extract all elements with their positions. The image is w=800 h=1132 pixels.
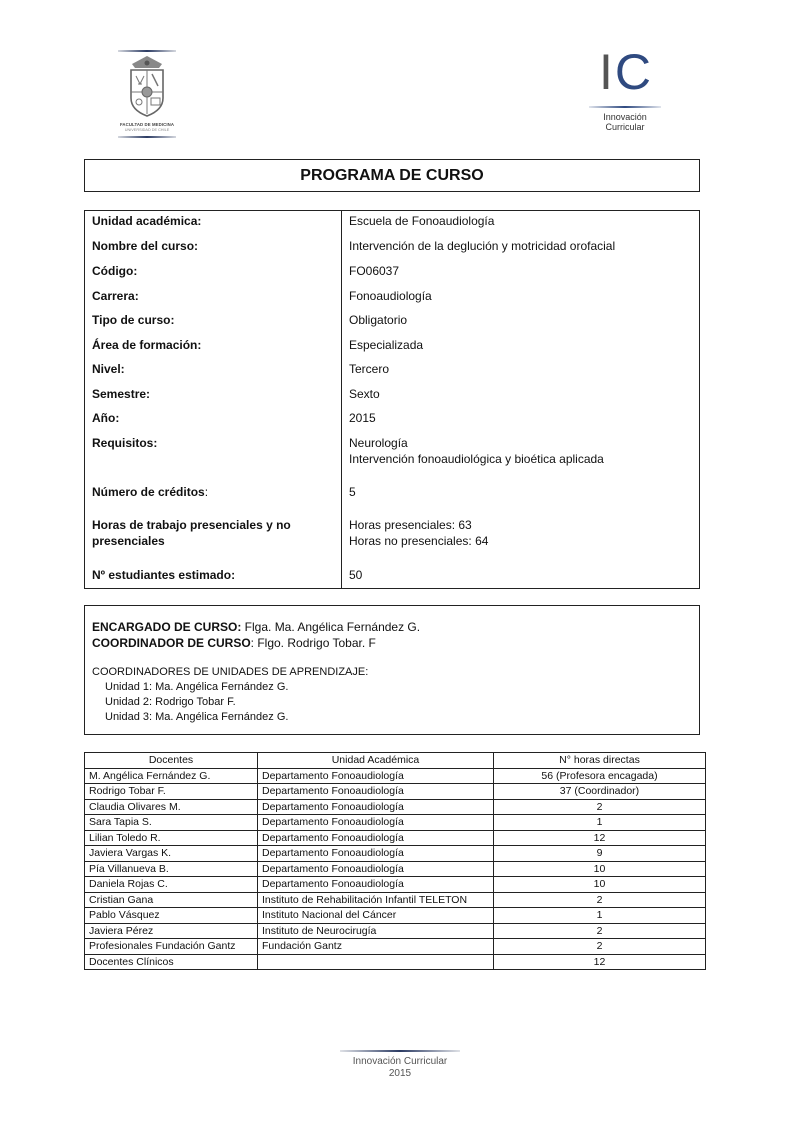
course-info-label-suffix: : [205,485,208,499]
unit-coordinator-item: Unidad 3: Ma. Angélica Fernández G. [105,710,288,725]
course-info-label: Horas de trabajo presenciales y no [92,517,332,533]
docente-name-cell: Cristian Gana [85,892,258,908]
course-info-label: Nombre del curso: [92,238,332,254]
logo-rule [589,106,661,108]
logo-top-rule [118,50,176,52]
faculty-logo: FACULTAD DE MEDICINA UNIVERSIDAD DE CHIL… [112,48,182,140]
course-info-value: Tercero [349,361,689,377]
course-coordinator-label: COORDINADOR DE CURSO [92,636,251,650]
faculty-table: Docentes Unidad Académica N° horas direc… [84,752,706,970]
unit-coordinator-item: Unidad 2: Rodrigo Tobar F. [105,695,236,710]
course-info-label: Año: [92,410,332,426]
course-info-value: Sexto [349,386,689,402]
logo-text: Innovación Curricular [585,112,665,132]
course-lead-line: ENCARGADO DE CURSO: Flga. Ma. Angélica F… [92,619,420,635]
table-row: Pablo VásquezInstituto Nacional del Cánc… [85,908,706,924]
unit-coordinator-item: Unidad 1: Ma. Angélica Fernández G. [105,680,288,695]
course-info-value: Intervención de la deglución y motricida… [349,238,689,254]
footer-year: 2015 [340,1068,460,1080]
course-info-label: Área de formación: [92,337,332,353]
innovacion-curricular-logo: IC Innovación Curricular [585,50,665,135]
horas-directas-cell: 10 [494,861,706,877]
table-row: Rodrigo Tobar F.Departamento Fonoaudiolo… [85,784,706,800]
course-info-box: Unidad académica:Escuela de Fonoaudiolog… [84,210,700,589]
footer-text: Innovación Curricular [340,1056,460,1068]
course-lead-label: ENCARGADO DE CURSO: [92,620,241,634]
course-info-value: Fonoaudiología [349,288,689,304]
course-info-label: Código: [92,263,332,279]
docente-name-cell: Rodrigo Tobar F. [85,784,258,800]
unidad-academica-cell: Instituto Nacional del Cáncer [258,908,494,924]
docente-name-cell: Lilian Toledo R. [85,830,258,846]
course-info-value: FO06037 [349,263,689,279]
course-info-label: Requisitos: [92,435,332,451]
table-row: M. Angélica Fernández G.Departamento Fon… [85,768,706,784]
course-info-value: Escuela de Fonoaudiología [349,213,689,229]
unidad-academica-cell: Departamento Fonoaudiología [258,877,494,893]
course-info-value: Especializada [349,337,689,353]
docente-name-cell: Pablo Vásquez [85,908,258,924]
docente-name-cell: Claudia Olivares M. [85,799,258,815]
course-info-value: 50 [349,567,689,583]
course-info-value: Intervención fonoaudiológica y bioética … [349,451,689,467]
course-coordinator-value: : Flgo. Rodrigo Tobar. F [251,636,376,650]
docente-name-cell: Docentes Clínicos [85,954,258,970]
table-row: Docentes Clínicos12 [85,954,706,970]
unidad-academica-cell [258,954,494,970]
table-row: Pía Villanueva B.Departamento Fonoaudiol… [85,861,706,877]
unidad-academica-cell: Departamento Fonoaudiología [258,846,494,862]
horas-directas-cell: 2 [494,939,706,955]
table-row: Daniela Rojas C.Departamento Fonoaudiolo… [85,877,706,893]
column-header-unidad: Unidad Académica [258,753,494,769]
faculty-name: FACULTAD DE MEDICINA [112,122,182,127]
unidad-academica-cell: Departamento Fonoaudiología [258,861,494,877]
horas-directas-cell: 9 [494,846,706,862]
unidad-academica-cell: Departamento Fonoaudiología [258,784,494,800]
course-info-label: Carrera: [92,288,332,304]
faculty-crest-icon [126,54,168,118]
unidad-academica-cell: Departamento Fonoaudiología [258,815,494,831]
table-header-row: Docentes Unidad Académica N° horas direc… [85,753,706,769]
course-info-value: 5 [349,484,689,500]
course-coordinator-line: COORDINADOR DE CURSO: Flgo. Rodrigo Toba… [92,635,376,651]
course-info-label-line2: presenciales [92,533,332,549]
docente-name-cell: Javiera Vargas K. [85,846,258,862]
footer-logo: Innovación Curricular 2015 [340,1050,460,1080]
course-info-label: Número de créditos: [92,484,332,500]
horas-directas-cell: 1 [494,815,706,831]
horas-directas-cell: 12 [494,954,706,970]
docente-name-cell: Daniela Rojas C. [85,877,258,893]
table-row: Cristian GanaInstituto de Rehabilitación… [85,892,706,908]
logo-letter-c: C [615,44,653,100]
course-info-label: Nº estudiantes estimado: [92,567,332,583]
course-info-label: Tipo de curso: [92,312,332,328]
docente-name-cell: M. Angélica Fernández G. [85,768,258,784]
docente-name-cell: Profesionales Fundación Gantz [85,939,258,955]
column-header-horas: N° horas directas [494,753,706,769]
course-info-value: Horas no presenciales: 64 [349,533,689,549]
docente-name-cell: Javiera Pérez [85,923,258,939]
unidad-academica-cell: Instituto de Rehabilitación Infantil TEL… [258,892,494,908]
unidad-academica-cell: Departamento Fonoaudiología [258,799,494,815]
docente-name-cell: Pía Villanueva B. [85,861,258,877]
table-row: Sara Tapia S.Departamento Fonoaudiología… [85,815,706,831]
unidad-academica-cell: Departamento Fonoaudiología [258,768,494,784]
horas-directas-cell: 2 [494,799,706,815]
horas-directas-cell: 56 (Profesora encagada) [494,768,706,784]
footer-rule [340,1050,460,1052]
table-row: Profesionales Fundación GantzFundación G… [85,939,706,955]
course-info-value: Neurología [349,435,689,451]
course-info-label: Semestre: [92,386,332,402]
course-info-value: Horas presenciales: 63 [349,517,689,533]
unidad-academica-cell: Instituto de Neurocirugía [258,923,494,939]
course-info-value: Obligatorio [349,312,689,328]
unidad-academica-cell: Departamento Fonoaudiología [258,830,494,846]
course-lead-value: Flga. Ma. Angélica Fernández G. [241,620,420,634]
horas-directas-cell: 12 [494,830,706,846]
horas-directas-cell: 37 (Coordinador) [494,784,706,800]
table-row: Claudia Olivares M.Departamento Fonoaudi… [85,799,706,815]
page-title: PROGRAMA DE CURSO [84,159,700,192]
docente-name-cell: Sara Tapia S. [85,815,258,831]
course-info-label: Nivel: [92,361,332,377]
column-divider [341,211,342,588]
logo-text-line2: Curricular [585,122,665,132]
logo-text-line1: Innovación [585,112,665,122]
horas-directas-cell: 10 [494,877,706,893]
unit-coordinators-title: COORDINADORES DE UNIDADES DE APRENDIZAJE… [92,665,368,680]
table-row: Javiera Vargas K.Departamento Fonoaudiol… [85,846,706,862]
unidad-academica-cell: Fundación Gantz [258,939,494,955]
university-name: UNIVERSIDAD DE CHILE [112,128,182,132]
table-row: Javiera PérezInstituto de Neurocirugía2 [85,923,706,939]
table-row: Lilian Toledo R.Departamento Fonoaudiolo… [85,830,706,846]
course-staff-box: ENCARGADO DE CURSO: Flga. Ma. Angélica F… [84,605,700,735]
course-info-value: 2015 [349,410,689,426]
course-info-label: Unidad académica: [92,213,332,229]
logo-bottom-rule [118,136,176,138]
horas-directas-cell: 2 [494,892,706,908]
column-header-docentes: Docentes [85,753,258,769]
horas-directas-cell: 2 [494,923,706,939]
logo-letter-i: I [599,44,615,100]
ic-logo-mark: IC [599,44,653,100]
horas-directas-cell: 1 [494,908,706,924]
